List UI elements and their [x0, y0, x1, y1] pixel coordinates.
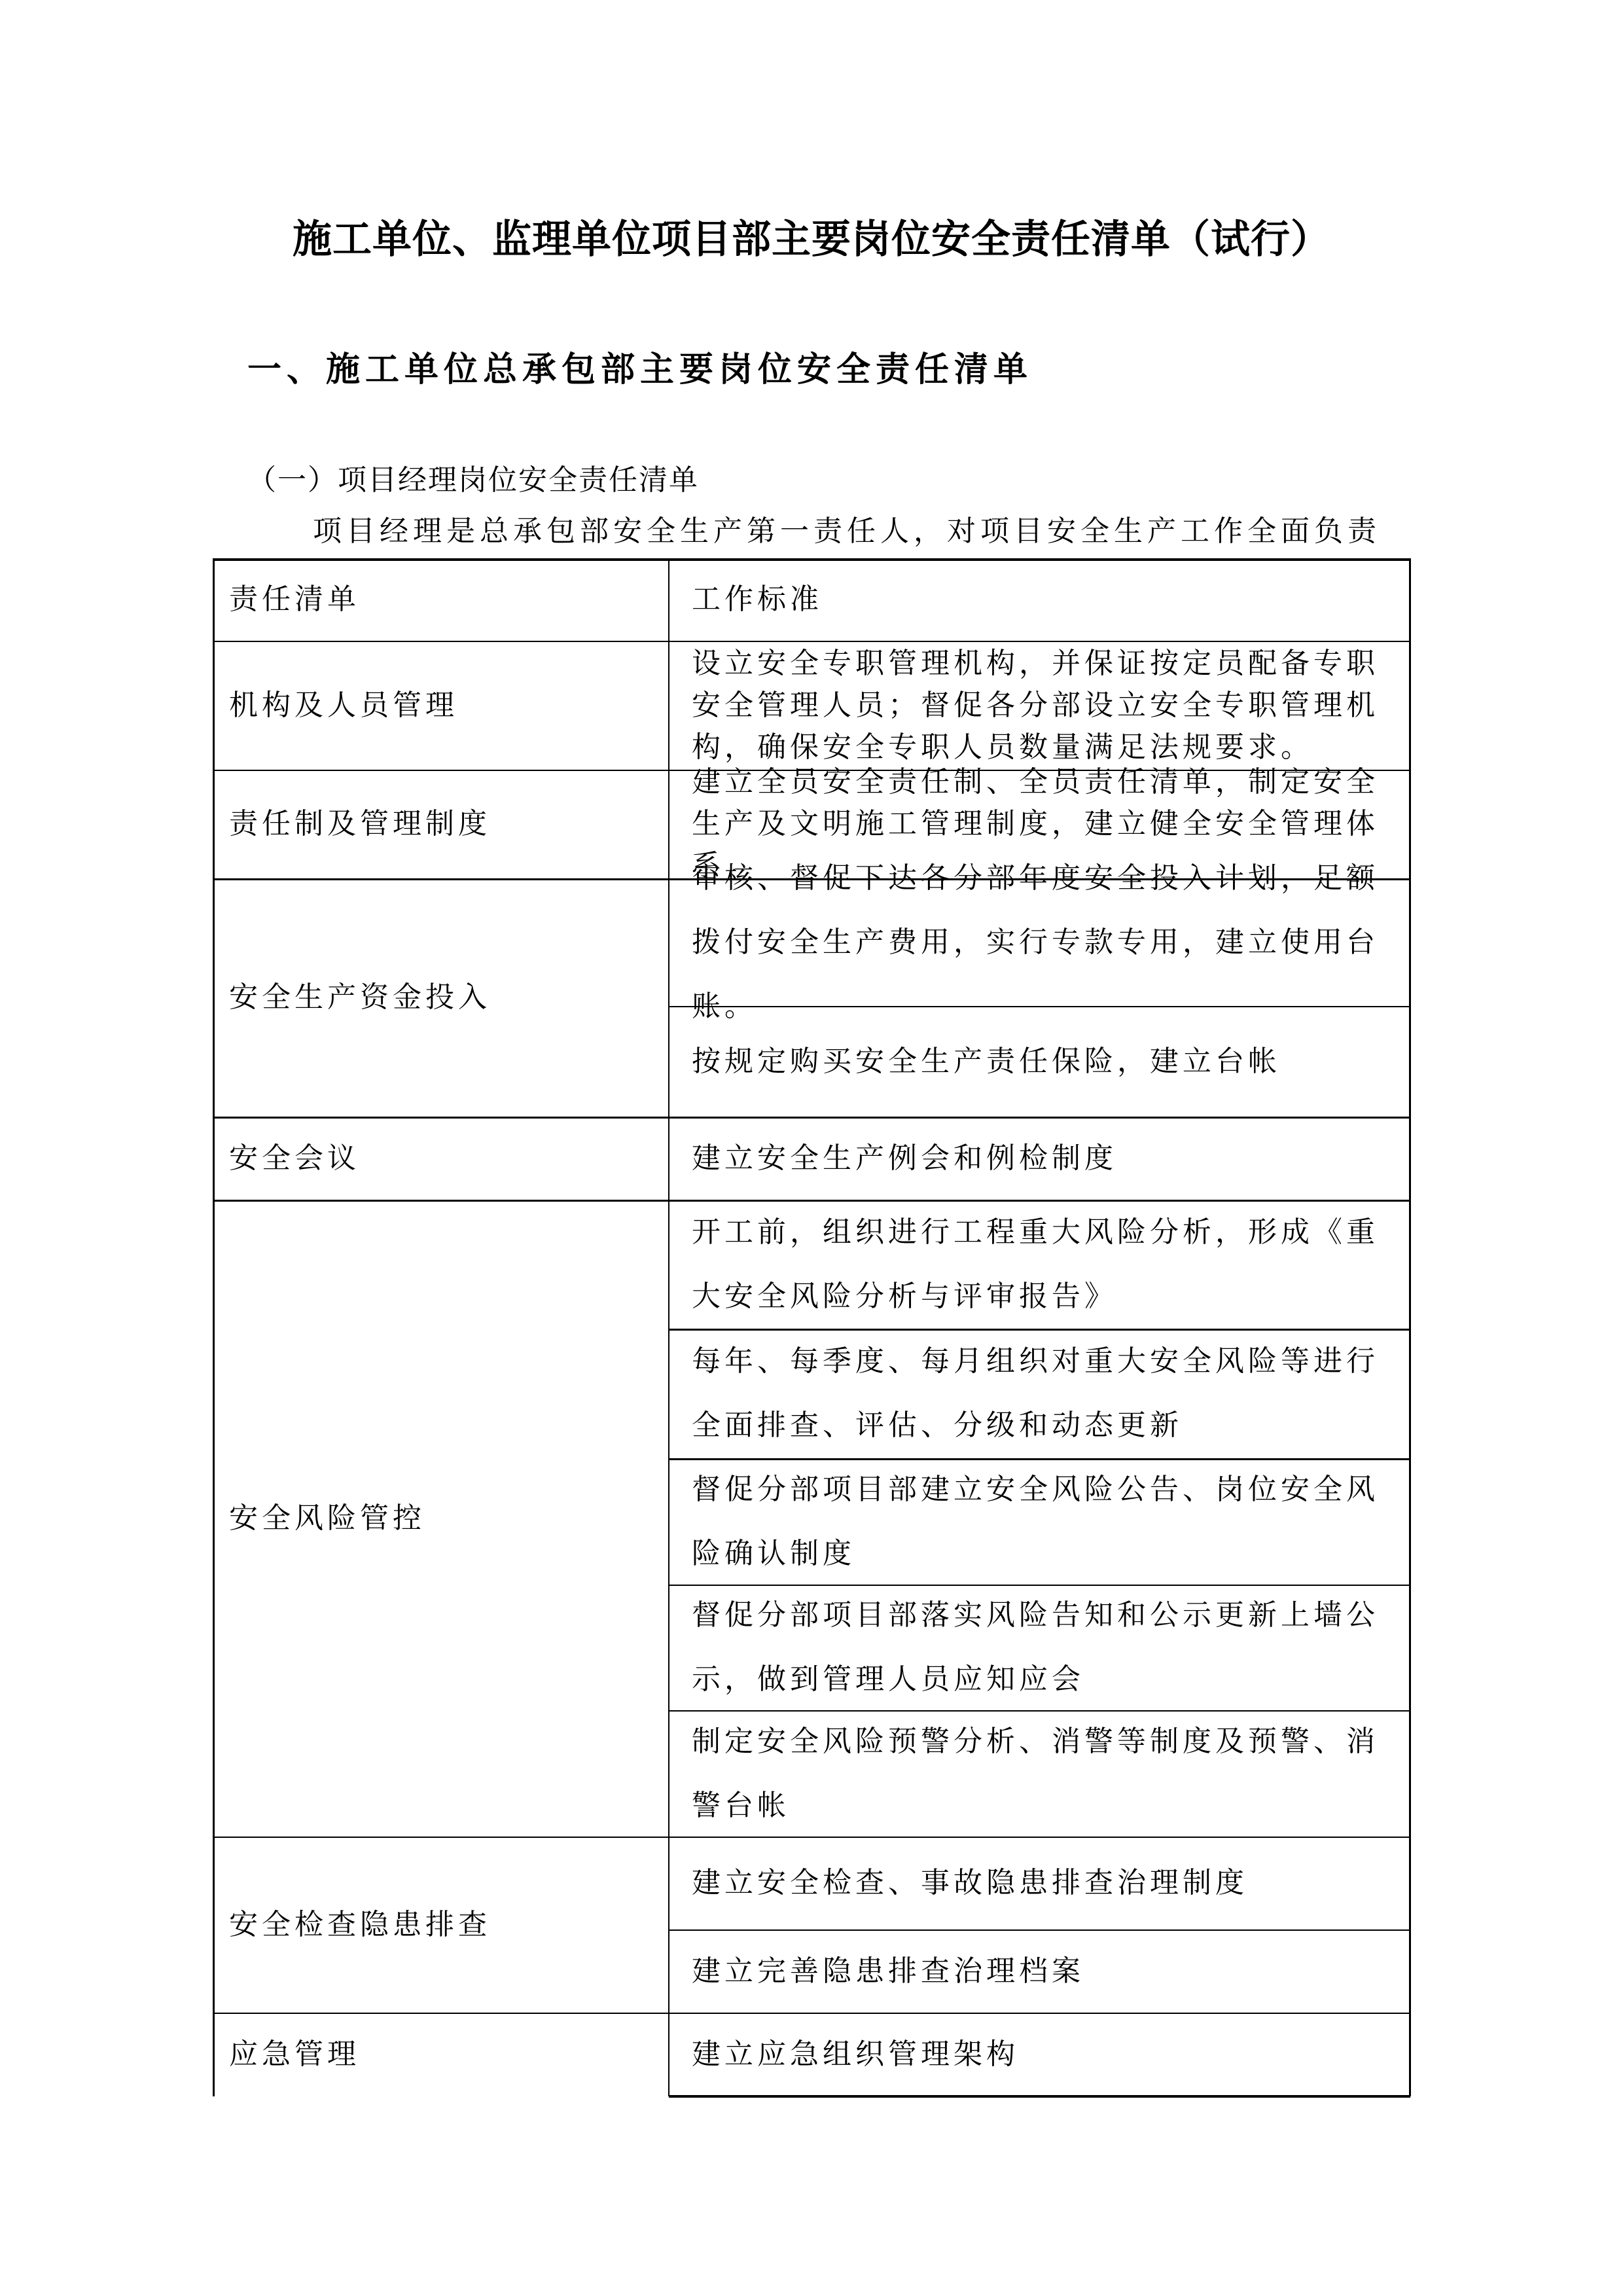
standard-cell: 每年、每季度、每月组织对重大安全风险等进行全面排查、评估、分级和动态更新 — [669, 1329, 1410, 1458]
category-cell: 安全生产资金投入 — [213, 878, 669, 1117]
document-title: 施工单位、监理单位项目部主要岗位安全责任清单（试行） — [0, 208, 1623, 264]
category-cell: 安全风险管控 — [213, 1200, 669, 1837]
category-cell: 机构及人员管理 — [213, 641, 669, 770]
standard-cell: 建立安全生产例会和例检制度 — [669, 1117, 1410, 1200]
standard-cell: 督促分部项目部落实风险告知和公示更新上墙公示，做到管理人员应知应会 — [669, 1585, 1410, 1710]
standard-cell: 审核、督促下达各分部年度安全投入计划，足额拨付安全生产费用，实行专款专用，建立使… — [669, 878, 1410, 1006]
header-cell-standard: 工作标准 — [669, 558, 1410, 641]
standard-cell: 开工前，组织进行工程重大风险分析，形成《重大安全风险分析与评审报告》 — [669, 1200, 1410, 1329]
section-heading: 一、施工单位总承包部主要岗位安全责任清单 — [247, 342, 1033, 391]
standard-cell: 建立应急组织管理架构 — [669, 2013, 1410, 2096]
standard-cell: 按规定购买安全生产责任保险，建立台帐 — [669, 1006, 1410, 1117]
standard-cell: 建立安全检查、事故隐患排查治理制度 — [669, 1837, 1410, 1929]
category-cell: 责任制及管理制度 — [213, 770, 669, 878]
standard-cell: 制定安全风险预警分析、消警等制度及预警、消警台帐 — [669, 1710, 1410, 1837]
responsibility-table: 责任清单 工作标准 机构及人员管理 设立安全专职管理机构，并保证按定员配备专职安… — [213, 558, 1410, 2096]
category-cell: 应急管理 — [213, 2013, 669, 2096]
header-cell-category: 责任清单 — [213, 558, 669, 641]
standard-cell: 设立安全专职管理机构，并保证按定员配备专职安全管理人员；督促各分部设立安全专职管… — [669, 641, 1410, 770]
subsection-heading: （一）项目经理岗位安全责任清单 — [247, 456, 699, 498]
intro-paragraph: 项目经理是总承包部安全生产第一责任人，对项目安全生产工作全面负责 — [313, 507, 1381, 549]
standard-cell: 督促分部项目部建立安全风险公告、岗位安全风险确认制度 — [669, 1458, 1410, 1585]
category-cell: 安全会议 — [213, 1117, 669, 1200]
standard-cell: 建立完善隐患排查治理档案 — [669, 1929, 1410, 2013]
category-cell: 安全检查隐患排查 — [213, 1837, 669, 2013]
